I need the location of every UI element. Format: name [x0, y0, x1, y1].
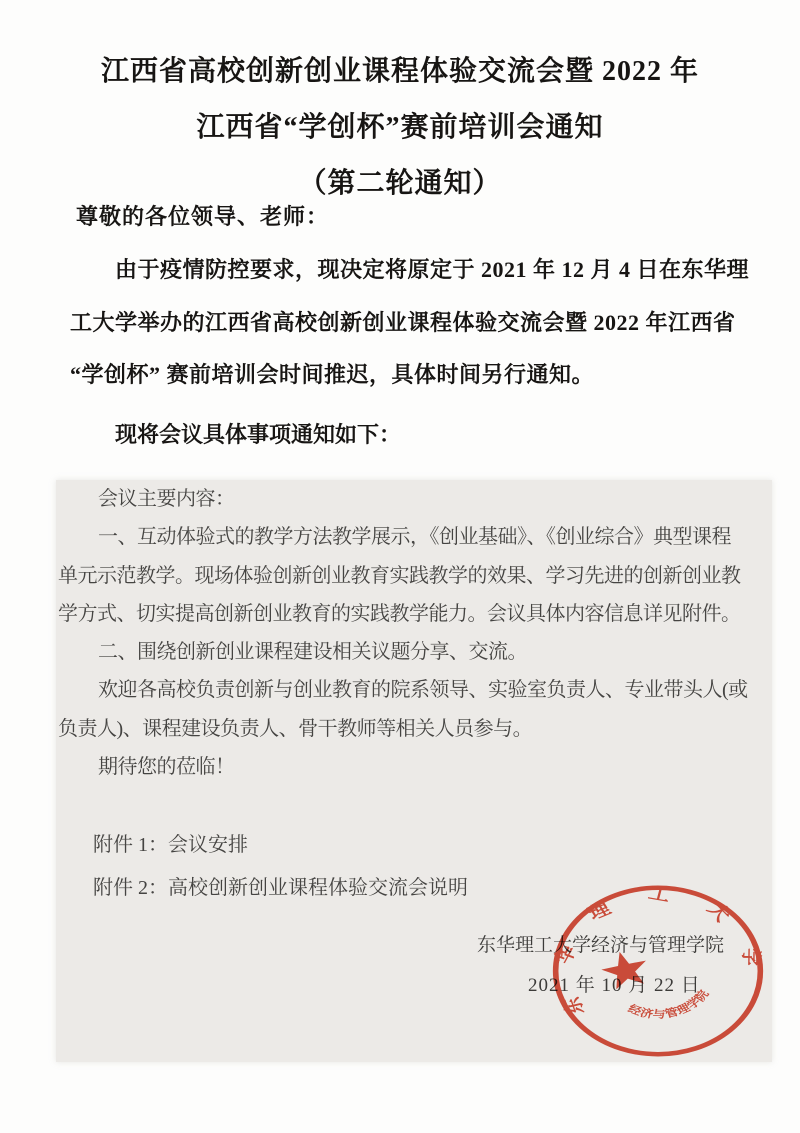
notice-content: 会议主要内容： 一、互动体验式的教学方法教学展示，《创业基础》、《创业综合》典型… [58, 480, 768, 786]
attachment-line: 附件 2：高校创新创业课程体验交流会说明 [93, 867, 468, 910]
notice-line: 单元示范教学。现场体验创新创业教育实践教学的效果、学习先进的创新创业教 [58, 557, 768, 595]
notice-line: 欢迎各高校负责创新与创业教育的院系领导、实验室负责人、专业带头人(或 [58, 671, 768, 709]
attachment-list: 附件 1：会议安排 附件 2：高校创新创业课程体验交流会说明 [93, 824, 468, 910]
notice-line: 一、互动体验式的教学方法教学展示，《创业基础》、《创业综合》典型课程 [58, 518, 768, 556]
body-paragraph: 现将会议具体事项通知如下： [70, 409, 750, 462]
svg-text:经济与管理学院: 经济与管理学院 [623, 986, 717, 1028]
notice-line: 学方式、切实提高创新创业教育的实践教学能力。会议具体内容信息详见附件。 [58, 595, 768, 633]
notice-line: 会议主要内容： [58, 480, 768, 518]
title-line: 江西省高校创新创业课程体验交流会暨 2022 年 [0, 44, 800, 100]
document-page: 江西省高校创新创业课程体验交流会暨 2022 年 江西省“学创杯”赛前培训会通知… [0, 0, 800, 1133]
page-title: 江西省高校创新创业课程体验交流会暨 2022 年 江西省“学创杯”赛前培训会通知… [0, 44, 800, 212]
seal-bottom-text: 经济与管理学院 [623, 986, 717, 1028]
attachment-line: 附件 1：会议安排 [93, 824, 468, 867]
title-line: 江西省“学创杯”赛前培训会通知 [0, 100, 800, 156]
seal-star [597, 947, 652, 991]
official-seal: 东华理工大学 经济与管理学院 [551, 884, 765, 1058]
paragraph-line: 工大学举办的江西省高校创新创业课程体验交流会暨 2022 年江西省 [70, 297, 750, 350]
notice-line: 二、围绕创新创业课程建设相关议题分享、交流。 [58, 633, 768, 671]
greeting-text: 尊敬的各位领导、老师： [76, 200, 329, 231]
paragraph-line: “学创杯” 赛前培训会时间推迟，具体时间另行通知。 [70, 349, 750, 402]
body-paragraph: 由于疫情防控要求，现决定将原定于 2021 年 12 月 4 日在东华理 工大学… [70, 244, 750, 402]
notice-line: 负责人)、课程建设负责人、骨干教师等相关人员参与。 [58, 710, 768, 748]
notice-line: 期待您的莅临！ [58, 748, 768, 786]
paragraph-line: 由于疫情防控要求，现决定将原定于 2021 年 12 月 4 日在东华理 [70, 244, 750, 297]
paragraph-line: 现将会议具体事项通知如下： [70, 409, 750, 462]
